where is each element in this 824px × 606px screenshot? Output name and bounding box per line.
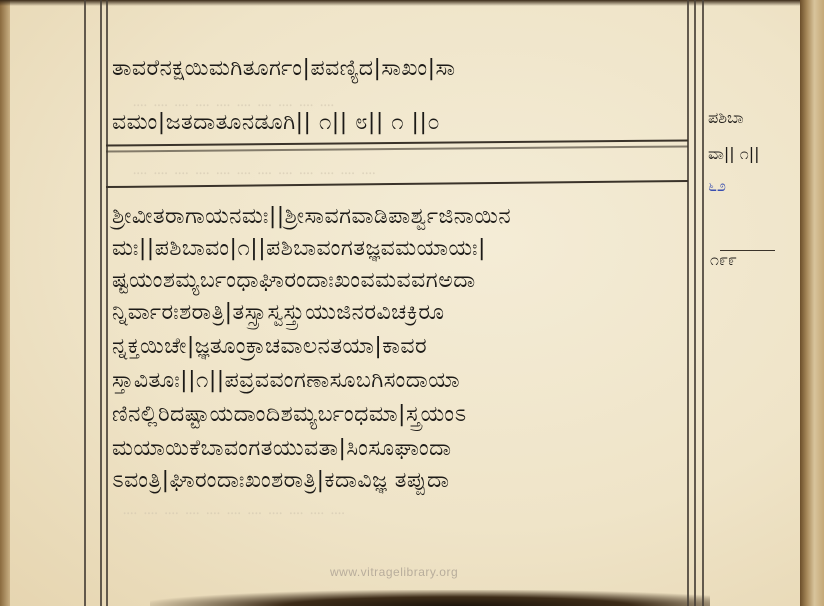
header-separator-rule-2 bbox=[106, 145, 688, 152]
left-margin-rule-outer bbox=[84, 0, 86, 606]
body-line-3: ಷ್ಟಯಂಶಮ್ಯರ್ಬಂಧಾಘಿಾರಂದಾಃಖಂವಮವವಗಅದಾ bbox=[112, 268, 476, 293]
library-watermark: www.vitragelibrary.org bbox=[330, 565, 458, 579]
right-margin-rule-inner-2 bbox=[694, 0, 696, 606]
header-line-1: ತಾವರೆನಕ್ಷಯಿಮಗಿತೂರ್ಗಂ|ಪವಣ್ಯಿದ|ಸಾಖಂ|ಸಾ bbox=[112, 56, 456, 81]
margin-note-line-1: ಪಶಿಬಾ bbox=[708, 108, 744, 128]
book-spine-edge bbox=[0, 0, 10, 606]
body-line-8: ಮಯಾಯಿಕೆಬಾವಂಗತಯುವತಾ|ಸಿಂಸೂಘಾಂದಾ bbox=[112, 436, 452, 461]
body-line-6: ಸ್ತಾವಿತೂಃ||೧||ಪವ್ರವವಂಗಣಾಸೂಬಗಿಸಂದಾಯಾ bbox=[112, 368, 460, 393]
bleed-through-text: ᠁ ᠁ ᠁ ᠁ ᠁ ᠁ ᠁ ᠁ ᠁ ᠁ ᠁ bbox=[120, 500, 344, 524]
bleed-through-text: ᠁ ᠁ ᠁ ᠁ ᠁ ᠁ ᠁ ᠁ ᠁ ᠁ ᠁ ᠁ bbox=[130, 160, 375, 184]
right-margin-rule-outer bbox=[702, 0, 704, 606]
margin-note-line-2: ವಾ|| ೧|| bbox=[708, 144, 760, 164]
body-line-2: ಮಃ||ಪಶಿಬಾವಂ|೧||ಪಶಿಬಾವಂಗತಜ್ಞವಮಯಾಯಃ| bbox=[112, 236, 486, 261]
folio-number: ೧೯೯ bbox=[710, 250, 737, 270]
blue-ink-annotation: ೬೨ bbox=[708, 176, 726, 196]
body-line-5: ನ್ನಕ್ತಯಿಚೇ|ಜ್ಞತೂಂಕ್ರಾಚವಾಲನತಯಾ|ಕಾವರ bbox=[112, 334, 427, 359]
body-line-4: ನ್ನಿರ್ವಾರಃಶರಾತ್ರಿ|ತಸ್ಸ್ರಾಸ್ವಸ್ತ್ರುಯುಜಿನರ… bbox=[112, 300, 445, 325]
manuscript-page: ᠁ ᠁ ᠁ ᠁ ᠁ ᠁ ᠁ ᠁ ᠁ ᠁ ᠁ ᠁ ᠁ ᠁ ᠁ ᠁ ᠁ ᠁ ᠁ ᠁ … bbox=[0, 0, 824, 606]
page-fore-edge bbox=[800, 0, 824, 606]
header-line-2: ವಮಂ|ಜತದಾತೂನಡೂಗಿ|| ೧|| ೮|| ೧ ||೦ bbox=[112, 110, 440, 135]
page-top-shadow bbox=[0, 0, 824, 6]
body-line-9: ಽವಂತ್ರಿ|ಘಿಾರಂದಾಃಖಂಶರಾತ್ರಿ|ಕದಾವಿಜ್ಞ ತಪ್ಪು… bbox=[112, 468, 450, 493]
folio-underline bbox=[720, 250, 775, 251]
page-bottom-shadow bbox=[150, 590, 710, 606]
left-margin-rule-inner-2 bbox=[106, 0, 108, 606]
left-margin-rule-inner bbox=[100, 0, 102, 606]
body-line-7: ಣಿನಲ್ಲಿರಿದಷ್ಟಾಯದಾಂದಿಶಮ್ಯರ್ಬಂಧಮಾ|ಸ್ತ್ರಯಂಽ bbox=[112, 402, 467, 427]
right-margin-rule-inner bbox=[687, 0, 689, 606]
body-line-1: ಶ್ರೀವೀತರಾಗಾಯನಮಃ||ಶ್ರೀಸಾವಗವಾಡಿಪಾರ್ಶ್ವಜಿನಾ… bbox=[112, 204, 511, 229]
